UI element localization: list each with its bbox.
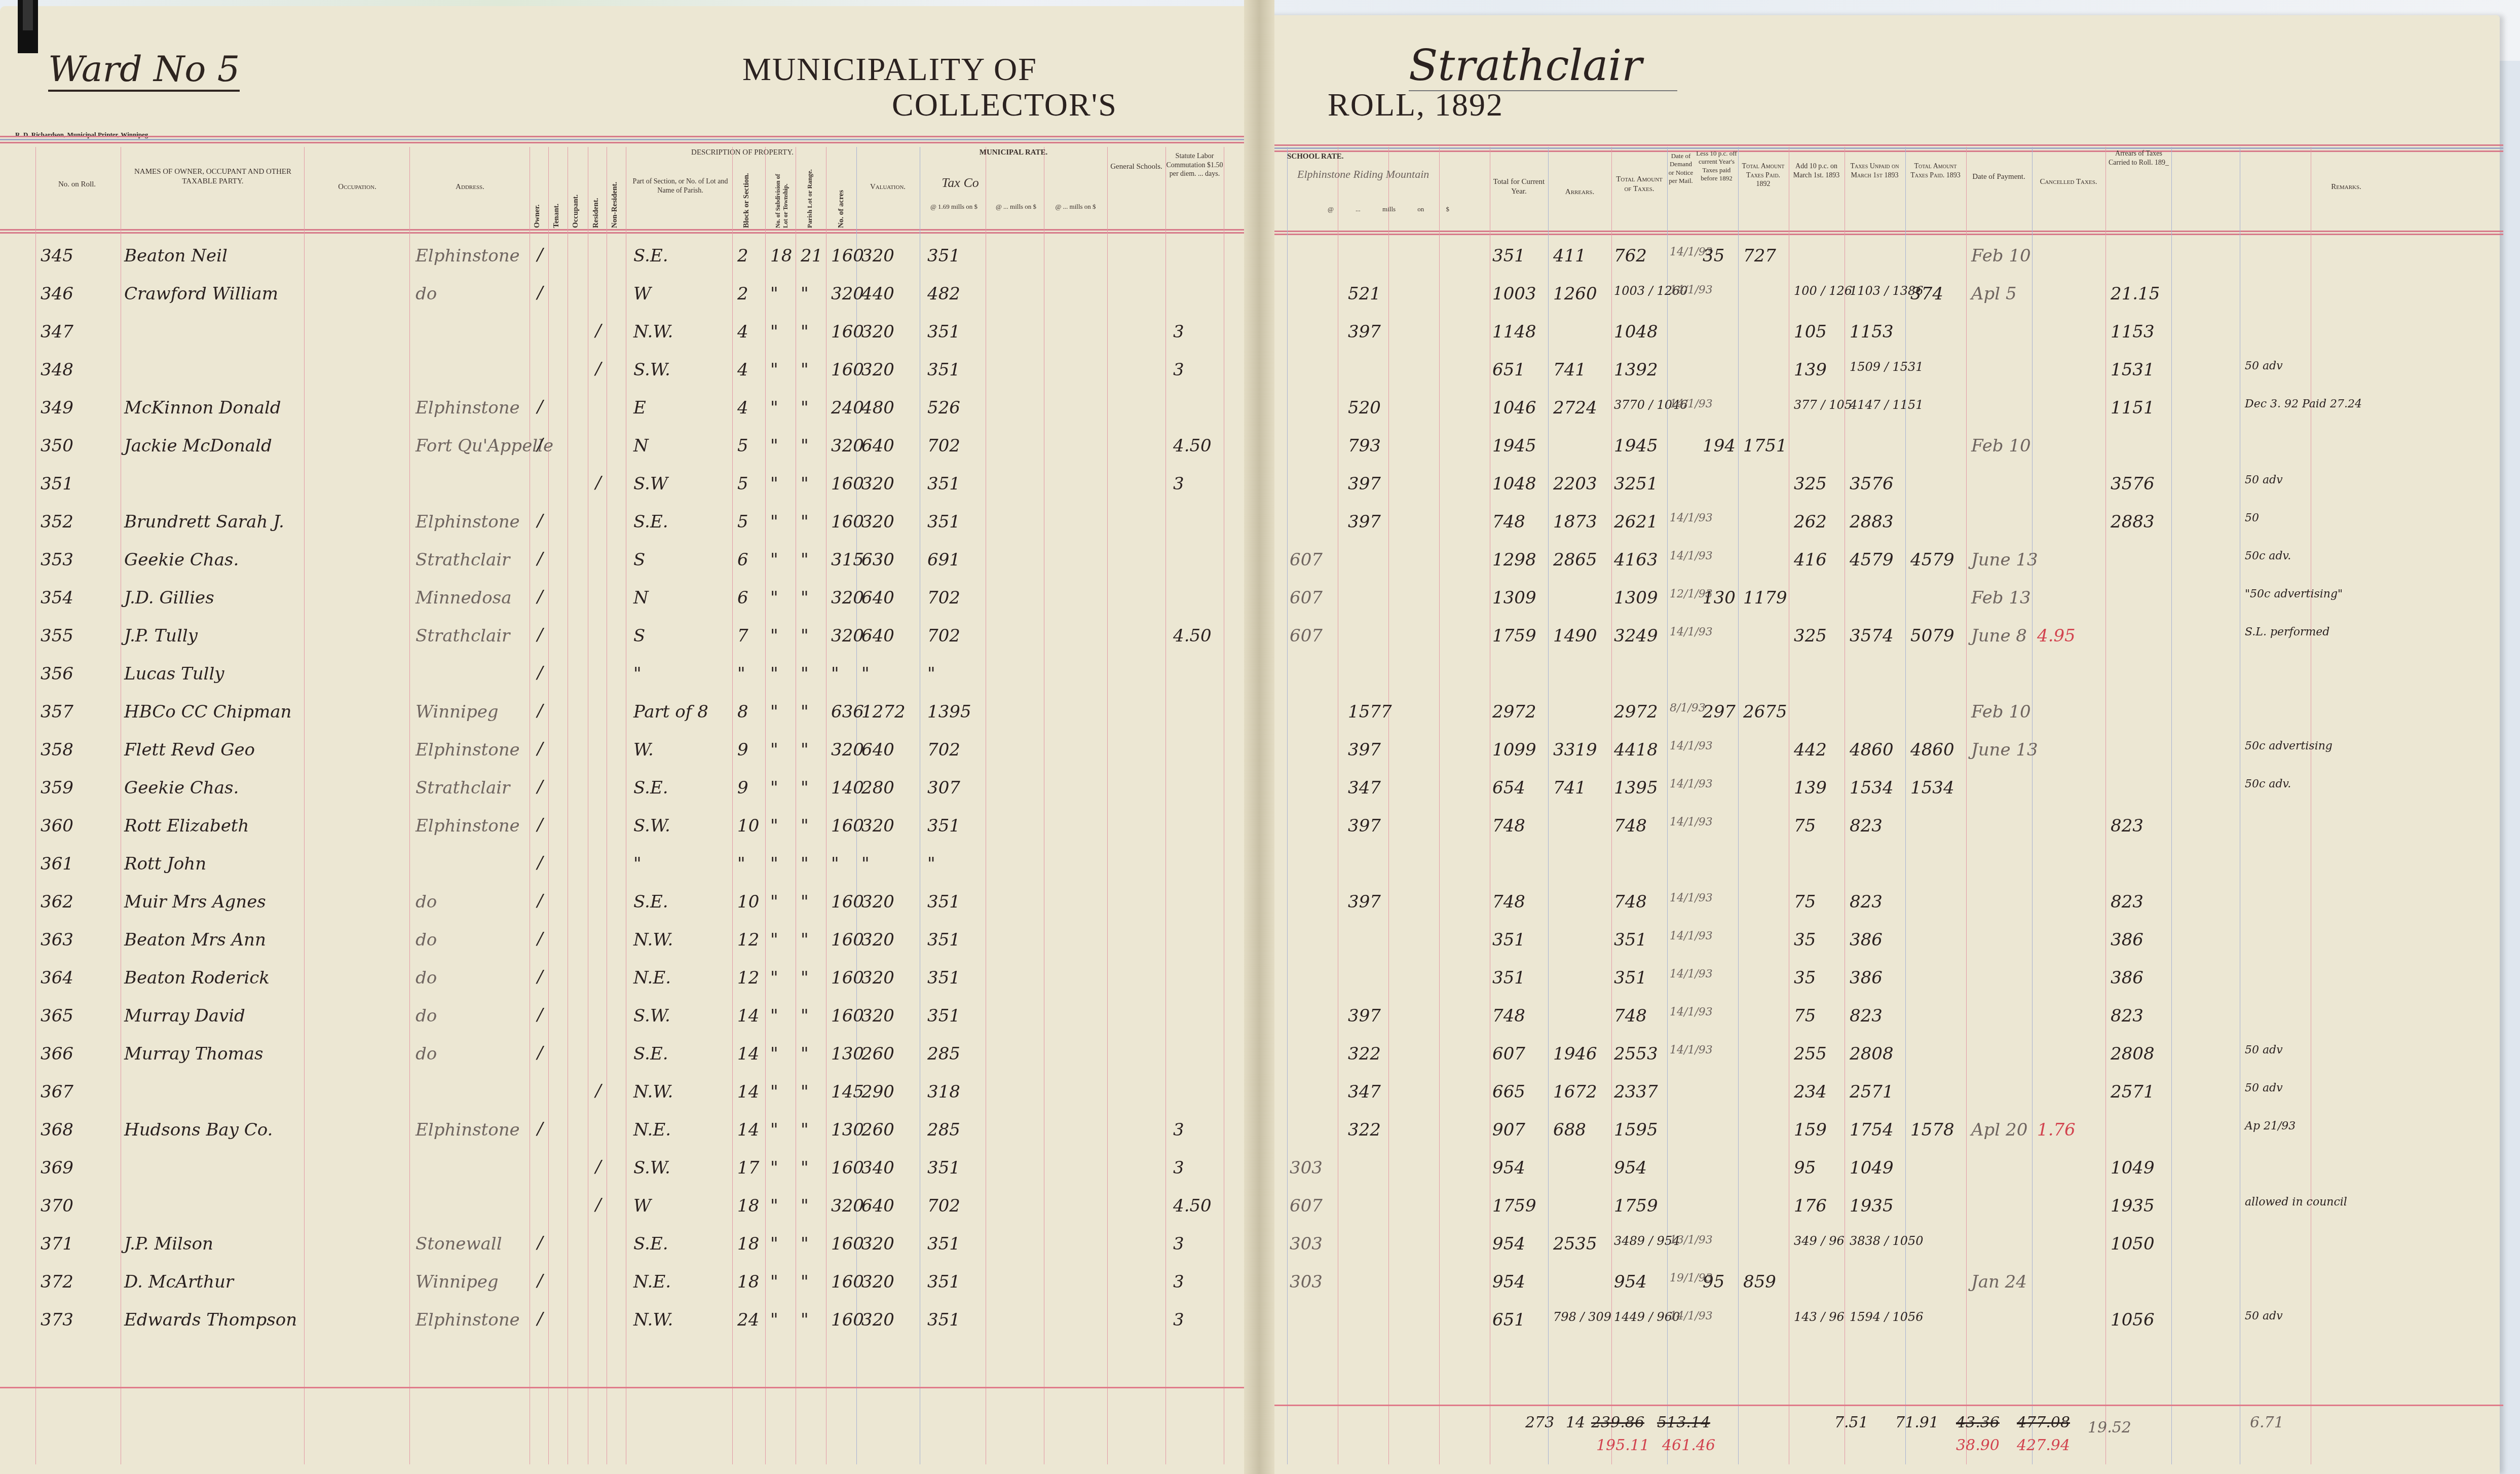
taxes-unpaid: 3574 — [1850, 626, 1894, 646]
municipality-name: Strathclair — [1409, 41, 1677, 91]
date-of-demand: 14/1/93 — [1670, 398, 1713, 410]
total-amount: 3251 — [1614, 474, 1658, 494]
statute-labor: 3 — [1173, 474, 1184, 494]
acres: 160 — [831, 360, 864, 380]
part-of-section: S.W — [633, 474, 668, 494]
part-of-section: E — [633, 398, 646, 418]
arrears-carried: 823 — [2111, 892, 2143, 912]
acres: 160 — [831, 1234, 864, 1254]
ownership-tick-mark: / — [537, 1271, 543, 1291]
subdivision: " — [770, 588, 778, 608]
total-amount: 748 — [1614, 892, 1647, 912]
total-current-year: 748 — [1492, 816, 1525, 836]
total-paid-1893: 5079 — [1910, 626, 1954, 646]
subdivision: " — [770, 436, 778, 456]
school-rate-2: 322 — [1348, 1044, 1381, 1064]
address: Elphinstone — [416, 398, 520, 418]
add-10-percent: 35 — [1794, 930, 1816, 950]
owner-name: Edwards Thompson — [124, 1310, 297, 1330]
taxes-unpaid: 2808 — [1850, 1044, 1894, 1064]
municipal-rate-amount: 702 — [927, 1196, 960, 1216]
ownership-tick-mark: / — [595, 321, 601, 341]
taxes-unpaid: 1594 / 1056 — [1850, 1310, 1924, 1324]
taxes-unpaid: 1509 / 1531 — [1850, 360, 1924, 374]
acres: " — [831, 854, 839, 874]
total-current-year: 1759 — [1492, 626, 1536, 646]
subdivision: " — [770, 930, 778, 950]
owner-name: McKinnon Donald — [124, 398, 281, 418]
valuation: 320 — [861, 1234, 894, 1254]
total-current-year: 1759 — [1492, 1196, 1536, 1216]
taxes-unpaid: 1935 — [1850, 1196, 1894, 1216]
total-current-year: 2972 — [1492, 702, 1536, 722]
school-rate-2: 347 — [1348, 1082, 1381, 1102]
header-mills-3: @ ... mills on $ — [1046, 203, 1105, 211]
statute-labor: 4.50 — [1173, 1196, 1212, 1216]
total-current-year: 748 — [1492, 512, 1525, 532]
range: " — [801, 588, 809, 608]
address: Winnipeg — [416, 702, 499, 722]
ownership-tick-mark: / — [537, 663, 543, 683]
acres: 160 — [831, 246, 864, 266]
total-current-year: 1099 — [1492, 740, 1536, 760]
date-of-demand: 14/1/93 — [1670, 1006, 1713, 1018]
range: " — [801, 436, 809, 456]
subdivision: " — [770, 550, 778, 570]
total-unpaid: 477.08 — [2017, 1414, 2070, 1431]
municipal-rate-amount: 1395 — [927, 702, 971, 722]
owner-name: Murray Thomas — [124, 1044, 264, 1064]
part-of-section: N.E. — [633, 1272, 671, 1292]
add-10-percent: 325 — [1794, 626, 1827, 646]
date-of-payment: June 8 — [1971, 626, 2027, 646]
remarks: Ap 21/93 — [2245, 1120, 2296, 1132]
block: 24 — [737, 1310, 759, 1330]
address: Elphinstone — [416, 1120, 520, 1140]
acres: 160 — [831, 1158, 864, 1178]
school-rate-2: 347 — [1348, 778, 1381, 798]
block: 2 — [737, 284, 748, 304]
total-amount: 1595 — [1614, 1120, 1658, 1140]
date-of-demand: 14/1/93 — [1670, 550, 1713, 562]
total-paid-1893: 4860 — [1910, 740, 1954, 760]
total-paid-1892: 2675 — [1743, 702, 1787, 722]
valuation: 260 — [861, 1120, 894, 1140]
header-band-top-left — [0, 136, 1252, 145]
remarks: allowed in council — [2245, 1196, 2347, 1208]
valuation: 320 — [861, 930, 894, 950]
total-arrears-corrected: 195.11 — [1596, 1437, 1649, 1454]
part-of-section: S.E. — [633, 1234, 668, 1254]
address: Minnedosa — [416, 588, 512, 608]
header-date-payment: Date of Payment. — [1967, 172, 2030, 182]
part-of-section: S.W. — [633, 1158, 670, 1178]
block: 2 — [737, 246, 748, 266]
municipal-rate-amount: " — [927, 854, 935, 874]
valuation: 640 — [861, 436, 894, 456]
header-arrears-carried: Arrears of Taxes Carried to Roll. 189_ — [2107, 149, 2170, 167]
range: " — [801, 360, 809, 380]
ownership-tick-mark: / — [537, 929, 543, 949]
range: " — [801, 550, 809, 570]
owner-name: J.P. Tully — [124, 626, 198, 646]
range: " — [801, 740, 809, 760]
address: Elphinstone — [416, 740, 520, 760]
add-10-percent: 95 — [1794, 1158, 1816, 1178]
part-of-section: S.W. — [633, 1006, 670, 1026]
header-occupant: Occupant. — [572, 162, 580, 228]
ownership-tick-mark: / — [537, 1043, 543, 1063]
school-rate-2: 397 — [1348, 816, 1381, 836]
roll-number: 366 — [41, 1044, 73, 1064]
school-rate-1: 607 — [1290, 588, 1323, 608]
address: Stonewall — [416, 1234, 502, 1254]
ownership-tick-mark: / — [537, 967, 543, 987]
range: " — [801, 1310, 809, 1330]
part-of-section: S.E. — [633, 892, 668, 912]
owner-name: Lucas Tully — [124, 664, 224, 684]
block: 12 — [737, 930, 759, 950]
valuation: 320 — [861, 892, 894, 912]
arrears-carried: 1056 — [2111, 1310, 2155, 1330]
subdivision: " — [770, 1006, 778, 1026]
arrears: 3319 — [1553, 740, 1597, 760]
total-amount: 351 — [1614, 968, 1647, 988]
roll-number: 353 — [41, 550, 73, 570]
municipal-rate-amount: 351 — [927, 1006, 960, 1026]
total-amount: 4163 — [1614, 550, 1658, 570]
ownership-tick-mark: / — [595, 359, 601, 379]
range: " — [801, 892, 809, 912]
acres: 160 — [831, 930, 864, 950]
remarks: 50c adv. — [2245, 550, 2291, 562]
owner-name: Crawford William — [124, 284, 278, 304]
total-paid-1892: 1751 — [1743, 436, 1787, 456]
school-rate-2: 397 — [1348, 740, 1381, 760]
title-municipality-of: MUNICIPALITY OF — [742, 51, 1037, 88]
add-10-percent: 139 — [1794, 778, 1827, 798]
subdivision: " — [770, 1272, 778, 1292]
ownership-tick-mark: / — [595, 1081, 601, 1101]
valuation: 640 — [861, 588, 894, 608]
range: " — [801, 1006, 809, 1026]
total-unpaid-corrected: 427.94 — [2017, 1437, 2070, 1454]
header-mills-2: @ ... mills on $ — [988, 203, 1044, 211]
part-of-section: Part of 8 — [633, 702, 708, 722]
arrears-carried: 386 — [2111, 968, 2143, 988]
arrears-carried: 1153 — [2111, 322, 2155, 342]
taxes-unpaid: 1153 — [1850, 322, 1894, 342]
total-current-year: 351 — [1492, 246, 1525, 266]
statute-labor: 4.50 — [1173, 436, 1212, 456]
header-part-of-section: Part of Section, or No. of Lot and Name … — [631, 177, 730, 195]
ownership-tick-mark: / — [537, 1233, 543, 1253]
subdivision: " — [770, 1120, 778, 1140]
part-of-section: N.W. — [633, 1082, 673, 1102]
valuation: 340 — [861, 1158, 894, 1178]
ownership-tick-mark: / — [537, 397, 543, 417]
ownership-tick-mark: / — [537, 435, 543, 455]
range: " — [801, 1272, 809, 1292]
block: 14 — [737, 1120, 759, 1140]
total-arrears: 239.86 — [1591, 1414, 1644, 1431]
address: Fort Qu'Appelle — [416, 436, 553, 456]
add-10-percent: 75 — [1794, 892, 1816, 912]
date-of-demand: 14/1/93 — [1670, 740, 1713, 752]
ownership-tick-mark: / — [537, 891, 543, 911]
date-of-payment: June 13 — [1971, 740, 2038, 760]
total-current-year: 954 — [1492, 1158, 1525, 1178]
total-current-year: 1298 — [1492, 550, 1536, 570]
range: " — [801, 512, 809, 532]
header-municipal-rate: MUNICIPAL RATE. — [922, 148, 1105, 158]
add-10-percent: 442 — [1794, 740, 1827, 760]
total-taxes-corrected: 461.46 — [1662, 1437, 1715, 1454]
valuation: 320 — [861, 1272, 894, 1292]
add-10-percent: 75 — [1794, 1006, 1816, 1026]
municipal-rate-amount: 482 — [927, 284, 960, 304]
acres: 315 — [831, 550, 864, 570]
ownership-tick-mark: / — [537, 815, 543, 835]
valuation: 320 — [861, 1006, 894, 1026]
municipal-rate-amount: 691 — [927, 550, 960, 570]
taxes-unpaid: 823 — [1850, 892, 1883, 912]
add-10-percent: 176 — [1794, 1196, 1827, 1216]
subdivision: " — [770, 1044, 778, 1064]
block: 12 — [737, 968, 759, 988]
address: do — [416, 1006, 437, 1026]
date-of-demand: 14/1/93 — [1670, 1310, 1713, 1322]
address: Elphinstone — [416, 1310, 520, 1330]
subdivision: " — [770, 1196, 778, 1216]
valuation: 320 — [861, 246, 894, 266]
acres: 240 — [831, 398, 864, 418]
header-acres: No. of acres — [837, 167, 846, 228]
part-of-section: N.W. — [633, 1310, 673, 1330]
total-amount: 762 — [1614, 246, 1647, 266]
municipal-rate-amount: 351 — [927, 474, 960, 494]
arrears-carried: 823 — [2111, 1006, 2143, 1026]
subdivision: " — [770, 1082, 778, 1102]
header-owner: Owner. — [533, 172, 542, 228]
arrears: 411 — [1553, 246, 1586, 266]
statute-labor: 3 — [1173, 1120, 1184, 1140]
arrears-carried: 1049 — [2111, 1158, 2155, 1178]
header-school-mills: @ ... mills on $ — [1287, 205, 1490, 213]
roll-number: 368 — [41, 1120, 73, 1140]
date-of-demand: 14/1/93 — [1670, 892, 1713, 904]
total-amount: 1395 — [1614, 778, 1658, 798]
owner-name: Jackie McDonald — [124, 436, 272, 456]
owner-name: J.P. Milson — [124, 1234, 213, 1254]
date-of-demand: 14/1/93 — [1670, 816, 1713, 828]
owner-name: Beaton Roderick — [124, 968, 270, 988]
remarks: 50c adv. — [2245, 778, 2291, 790]
arrears: 2865 — [1553, 550, 1597, 570]
header-total-amount: Total Amount of Taxes. — [1614, 175, 1665, 194]
municipal-rate-amount: 351 — [927, 1310, 960, 1330]
taxes-unpaid: 1754 — [1850, 1120, 1894, 1140]
municipal-rate-amount: 351 — [927, 968, 960, 988]
range: " — [801, 968, 809, 988]
header-band-bottom-right — [1267, 231, 2503, 236]
roll-number: 370 — [41, 1196, 73, 1216]
part-of-section: S.E. — [633, 1044, 668, 1064]
valuation: " — [861, 854, 870, 874]
add-10-percent: 377 / 105 — [1794, 398, 1852, 412]
owner-name: HBCo CC Chipman — [124, 702, 291, 722]
owner-name: Beaton Mrs Ann — [124, 930, 266, 950]
address: Strathclair — [416, 626, 510, 646]
header-total-paid-2: Total Amount Taxes Paid. 1893 — [1906, 162, 1965, 180]
part-of-section: S.E. — [633, 246, 668, 266]
range: " — [801, 626, 809, 646]
roll-number: 367 — [41, 1082, 73, 1102]
school-rate-2: 322 — [1348, 1120, 1381, 1140]
block: 8 — [737, 702, 748, 722]
total-current-year: 954 — [1492, 1272, 1525, 1292]
total-amount: 2621 — [1614, 512, 1658, 532]
valuation: 320 — [861, 474, 894, 494]
roll-number: 373 — [41, 1310, 73, 1330]
block: 18 — [737, 1272, 759, 1292]
bottom-rule-left — [0, 1387, 1252, 1388]
total-amount: 1945 — [1614, 436, 1658, 456]
roll-number: 356 — [41, 664, 73, 684]
roll-number: 349 — [41, 398, 73, 418]
total-add-10-corrected: 38.90 — [1956, 1437, 2000, 1454]
header-parish-lot: Parish Lot or Range. — [806, 167, 814, 228]
valuation: 320 — [861, 968, 894, 988]
municipal-rate-amount: 307 — [927, 778, 960, 798]
subdivision: " — [770, 854, 778, 874]
total-paid-1893: 19.52 — [2088, 1419, 2131, 1437]
municipal-rate-amount: 351 — [927, 816, 960, 836]
owner-name: Geekie Chas. — [124, 778, 239, 798]
taxes-unpaid: 3838 / 1050 — [1850, 1234, 1924, 1248]
part-of-section: S.W. — [633, 816, 670, 836]
add-10-percent: 234 — [1794, 1082, 1827, 1102]
school-rate-2: 397 — [1348, 512, 1381, 532]
school-rate-2: 520 — [1348, 398, 1381, 418]
subdivision: " — [770, 740, 778, 760]
header-names: NAMES OF OWNER, OCCUPANT AND OTHER TAXAB… — [127, 167, 299, 186]
range: " — [801, 1196, 809, 1216]
header-date-demand: Date of Demand or Notice per Mail. — [1668, 152, 1694, 185]
municipal-rate-amount: 351 — [927, 1272, 960, 1292]
school-rate-1: 303 — [1290, 1234, 1323, 1254]
total-current-year: 1309 — [1492, 588, 1536, 608]
range: " — [801, 778, 809, 798]
range: " — [801, 322, 809, 342]
acres: 160 — [831, 322, 864, 342]
arrears-carried: 1050 — [2111, 1234, 2155, 1254]
range: 21 — [801, 246, 822, 266]
school-rate-handwritten: Elphinstone Riding Mountain — [1297, 167, 1490, 181]
taxes-unpaid: 4147 / 1151 — [1850, 398, 1924, 412]
arrears: 1672 — [1553, 1082, 1597, 1102]
total-amount: 2972 — [1614, 702, 1658, 722]
block: 14 — [737, 1044, 759, 1064]
total-current-year: 954 — [1492, 1234, 1525, 1254]
date-of-demand: 14/1/93 — [1670, 284, 1713, 296]
owner-name: Murray David — [124, 1006, 245, 1026]
date-of-payment: Feb 10 — [1971, 436, 2031, 456]
acres: 160 — [831, 1006, 864, 1026]
total-taxes: 513.14 — [1657, 1414, 1710, 1431]
arrears-carried: 2883 — [2111, 512, 2155, 532]
subdivision: " — [770, 968, 778, 988]
subdivision: " — [770, 1234, 778, 1254]
part-of-section: W — [633, 1196, 651, 1216]
block: " — [737, 854, 745, 874]
cancelled-taxes: 1.76 — [2037, 1120, 2076, 1140]
total-amount: 3249 — [1614, 626, 1658, 646]
total-amount: 2337 — [1614, 1082, 1658, 1102]
ownership-tick-mark: / — [537, 625, 543, 645]
taxes-unpaid: 2883 — [1850, 512, 1894, 532]
total-amount: 748 — [1614, 816, 1647, 836]
range: " — [801, 398, 809, 418]
statute-labor: 3 — [1173, 1272, 1184, 1292]
acres: 160 — [831, 474, 864, 494]
add-10-percent: 139 — [1794, 360, 1827, 380]
address: Winnipeg — [416, 1272, 499, 1292]
block: 4 — [737, 322, 748, 342]
range: " — [801, 854, 809, 874]
subdivision: " — [770, 816, 778, 836]
roll-number: 355 — [41, 626, 73, 646]
school-rate-2: 793 — [1348, 436, 1381, 456]
add-10-percent: 325 — [1794, 474, 1827, 494]
ownership-tick-mark: / — [537, 739, 543, 759]
block: 14 — [737, 1006, 759, 1026]
date-of-demand: 14/1/93 — [1670, 1044, 1713, 1056]
valuation: 640 — [861, 626, 894, 646]
add-10-percent: 35 — [1794, 968, 1816, 988]
statute-labor: 4.50 — [1173, 626, 1212, 646]
remarks: 50 adv — [2245, 1310, 2283, 1322]
header-unpaid: Taxes Unpaid on March 1st 1893 — [1846, 162, 1904, 180]
roll-number: 361 — [41, 854, 73, 874]
header-remarks: Remarks. — [2245, 182, 2448, 192]
roll-number: 372 — [41, 1272, 73, 1292]
total-amount: 1309 — [1614, 588, 1658, 608]
municipal-rate-amount: " — [927, 664, 935, 684]
range: " — [801, 1120, 809, 1140]
header-no-on-roll: No. on Roll. — [36, 180, 118, 190]
acres: 636 — [831, 702, 864, 722]
municipal-rate-amount: 285 — [927, 1044, 960, 1064]
statute-labor: 3 — [1173, 1158, 1184, 1178]
ownership-tick-mark: / — [537, 283, 543, 303]
arrears-carried: 1935 — [2111, 1196, 2155, 1216]
total-paid-1892: 727 — [1743, 246, 1776, 266]
ownership-tick-mark: / — [537, 1005, 543, 1025]
municipal-rate-amount: 351 — [927, 930, 960, 950]
municipal-rate-amount: 351 — [927, 360, 960, 380]
less-10-percent: 95 — [1703, 1272, 1724, 1292]
total-current-year: 1048 — [1492, 474, 1536, 494]
owner-name: Geekie Chas. — [124, 550, 239, 570]
arrears: 1946 — [1553, 1044, 1597, 1064]
valuation: 290 — [861, 1082, 894, 1102]
statute-labor: 3 — [1173, 360, 1184, 380]
school-rate-1: 607 — [1290, 1196, 1323, 1216]
date-of-payment: Apl 5 — [1971, 284, 2017, 304]
total-current-year: 654 — [1492, 778, 1525, 798]
valuation: 1272 — [861, 702, 906, 722]
